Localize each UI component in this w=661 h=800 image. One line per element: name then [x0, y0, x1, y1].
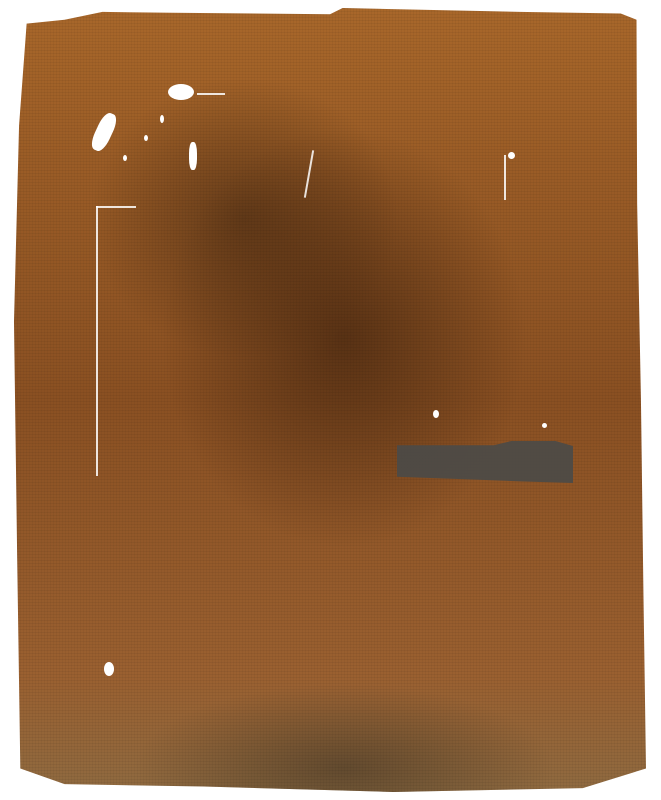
hole [508, 152, 515, 159]
crack [197, 93, 225, 95]
crack [96, 206, 136, 208]
crack [96, 206, 98, 476]
hole [168, 84, 194, 100]
dark-patch [397, 441, 573, 483]
hole [123, 155, 127, 161]
crack [504, 155, 506, 200]
hole [542, 423, 547, 428]
hole [160, 115, 164, 123]
hole [433, 410, 439, 418]
hole [189, 142, 197, 170]
hole [144, 135, 148, 141]
hole [104, 662, 114, 676]
